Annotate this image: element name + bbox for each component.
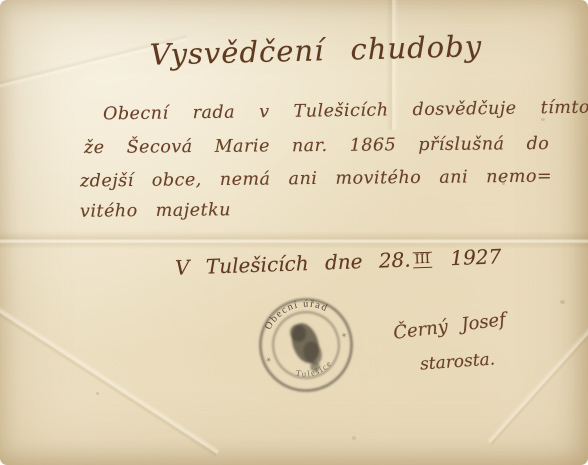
date-day: 28. — [378, 247, 411, 272]
paper-stain — [96, 392, 99, 395]
stamp-separator-star-icon: ✳ — [265, 355, 274, 365]
document-scan: Vysvědčení chudoby Obecní rada v Tulešic… — [0, 0, 588, 465]
paper-stain — [541, 118, 545, 121]
signature-title: starosta. — [419, 349, 495, 374]
stamp-graphic: Obecní úřad Tulešice ✳ ✳ — [244, 283, 367, 406]
date-line: V Tulešicích dne 28.III 1927 — [175, 244, 502, 279]
official-stamp: Obecní úřad Tulešice ✳ ✳ — [244, 283, 367, 406]
date-year: 1927 — [450, 244, 502, 270]
date-month-roman: III — [412, 252, 432, 268]
body-line: zdejší obce, nemá ani movitého ani nemo= — [80, 167, 552, 192]
fold-crease-diagonal — [486, 283, 588, 445]
paper-stain — [560, 300, 565, 304]
body-line: vitého majetku — [80, 200, 231, 222]
paper: Vysvědčení chudoby Obecní rada v Tulešic… — [0, 0, 588, 465]
date-place: V Tulešicích dne — [175, 249, 363, 280]
paper-stain — [352, 436, 356, 440]
body-line: Obecní rada v Tulešicích dosvědčuje tímt… — [103, 98, 588, 125]
signature-name: Černý Josef — [392, 309, 507, 344]
body-line: že Šecová Marie nar. 1865 příslušná do — [84, 134, 549, 158]
document-title: Vysvědčení chudoby — [0, 26, 588, 75]
fold-crease-diagonal — [0, 297, 220, 458]
stamp-separator-star-icon: ✳ — [340, 331, 349, 341]
